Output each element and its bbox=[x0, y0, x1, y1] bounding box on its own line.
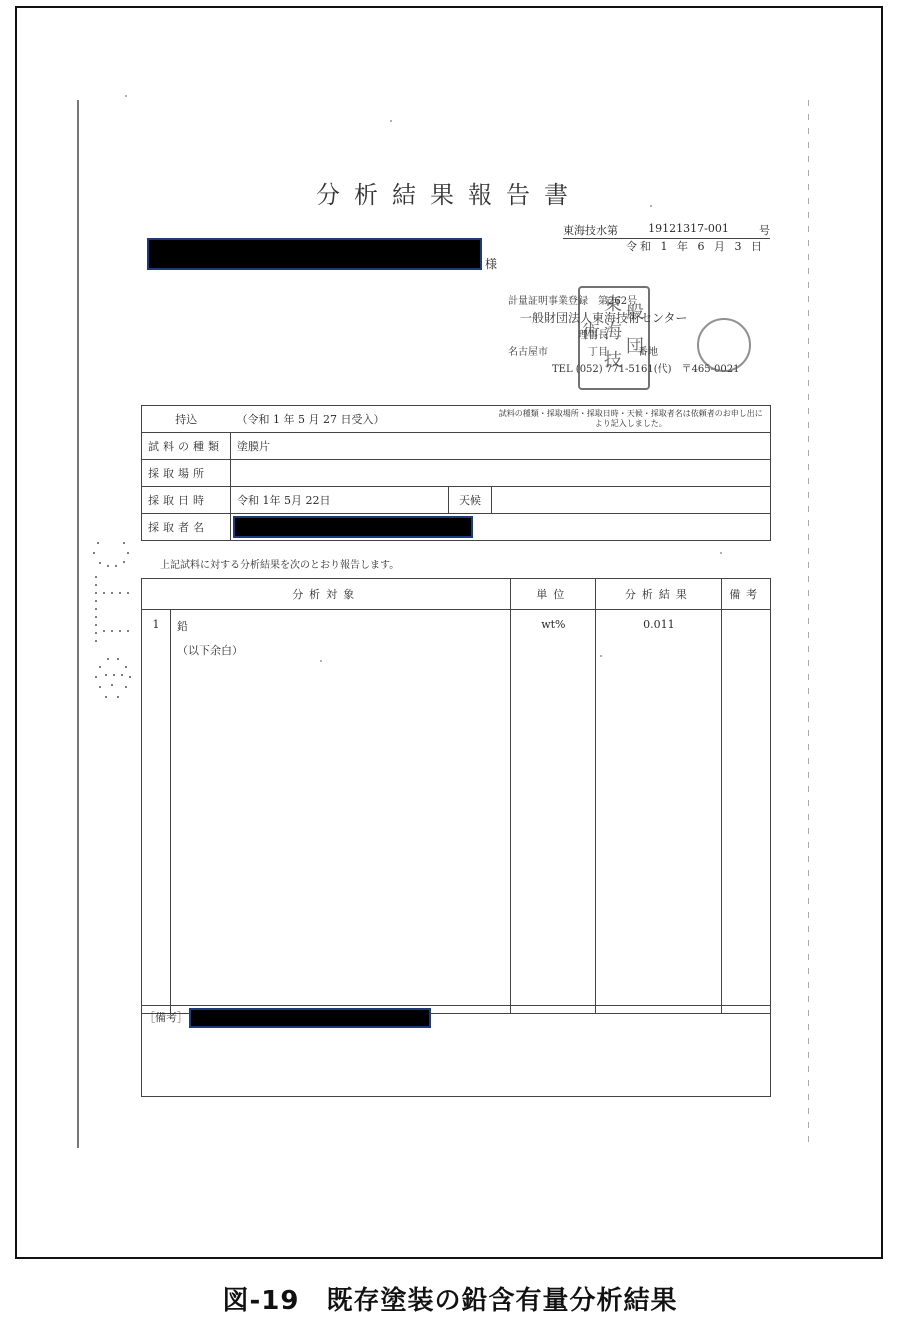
sample-date-value: 令和 1年 5月 22日 bbox=[231, 487, 449, 514]
document-title: 分析結果報告書 bbox=[316, 175, 582, 210]
results-table: 分析対象 単位 分析結果 備考 1 鉛 （以下余白） wt% 0.011 bbox=[141, 578, 771, 1014]
seal-char: 般 bbox=[626, 298, 644, 324]
document-number: 東海技水第 19121317-001 号 bbox=[563, 222, 770, 239]
sample-info-table: 持込 （令和 1 年 5 月 27 日受入） 試料の種類・採取場所・採取日時・天… bbox=[141, 405, 771, 541]
sample-location-value bbox=[231, 460, 771, 487]
target-cell: 鉛 （以下余白） bbox=[171, 610, 511, 1014]
received-date: （令和 1 年 5 月 27 日受入） bbox=[231, 406, 492, 433]
unit-value: wt% bbox=[511, 610, 596, 1014]
weather-label: 天候 bbox=[449, 487, 492, 514]
remarks-box: ［備考］ bbox=[141, 1005, 771, 1097]
sample-info-note: 試料の種類・採取場所・採取日時・天候・採取者名は依頼者のお申し出により記入しまし… bbox=[492, 406, 771, 433]
punch-hole-marks bbox=[93, 540, 129, 710]
header-remarks: 備考 bbox=[722, 579, 771, 610]
blank-below-note: （以下余白） bbox=[177, 642, 504, 658]
scan-edge-left bbox=[77, 100, 79, 1148]
redacted-remarks bbox=[189, 1008, 431, 1028]
delivery-label: 持込 bbox=[142, 406, 231, 433]
seal-char: 技 bbox=[604, 346, 622, 372]
representative-seal-round bbox=[697, 318, 751, 372]
weather-value bbox=[492, 487, 771, 514]
doc-number-prefix: 東海技水第 bbox=[563, 222, 618, 238]
remarks-value bbox=[722, 610, 771, 1014]
doc-number-suffix: 号 bbox=[759, 222, 770, 238]
document-date: 令和 1 年 6 月 3 日 bbox=[626, 238, 765, 254]
seal-char: 術 bbox=[582, 318, 600, 344]
table-row: 1 鉛 （以下余白） wt% 0.011 bbox=[142, 610, 771, 1014]
results-header-row: 分析対象 単位 分析結果 備考 bbox=[142, 579, 771, 610]
redacted-recipient bbox=[147, 238, 482, 270]
row-label: 採取日時 bbox=[142, 487, 231, 514]
sampler-name-value bbox=[231, 514, 771, 541]
scan-speck bbox=[650, 205, 652, 207]
analysis-target: 鉛 bbox=[177, 618, 504, 634]
scan-speck bbox=[390, 120, 392, 122]
scan-speck bbox=[125, 95, 127, 97]
company-seal-square: 東 海 技 術 般 団 bbox=[578, 286, 650, 390]
scan-edge-right bbox=[808, 100, 809, 1148]
table-row: 採取場所 bbox=[142, 460, 771, 487]
redacted-sampler bbox=[233, 516, 473, 538]
seal-char: 東 bbox=[604, 290, 622, 316]
doc-number-value: 19121317-001 bbox=[648, 222, 729, 238]
table-row: 採取日時 令和 1年 5月 22日 天候 bbox=[142, 487, 771, 514]
table-row: 採取者名 bbox=[142, 514, 771, 541]
sample-info-header-row: 持込 （令和 1 年 5 月 27 日受入） 試料の種類・採取場所・採取日時・天… bbox=[142, 406, 771, 433]
header-unit: 単位 bbox=[511, 579, 596, 610]
row-label: 採取者名 bbox=[142, 514, 231, 541]
header-result: 分析結果 bbox=[596, 579, 722, 610]
sample-type-value: 塗膜片 bbox=[231, 433, 771, 460]
table-row: 試料の種類 塗膜片 bbox=[142, 433, 771, 460]
result-value: 0.011 bbox=[596, 610, 722, 1014]
figure-caption: 図-19 既存塗装の鉛含有量分析結果 bbox=[0, 1280, 900, 1317]
seal-char: 団 bbox=[626, 332, 644, 358]
row-label: 採取場所 bbox=[142, 460, 231, 487]
row-number: 1 bbox=[142, 610, 171, 1014]
lead-text: 上記試料に対する分析結果を次のとおり報告します。 bbox=[160, 556, 399, 571]
scan-speck bbox=[720, 552, 722, 554]
recipient-suffix: 様 bbox=[485, 255, 497, 272]
header-target: 分析対象 bbox=[142, 579, 511, 610]
remarks-label: ［備考］ bbox=[144, 1009, 188, 1025]
row-label: 試料の種類 bbox=[142, 433, 231, 460]
seal-char: 海 bbox=[604, 318, 622, 344]
